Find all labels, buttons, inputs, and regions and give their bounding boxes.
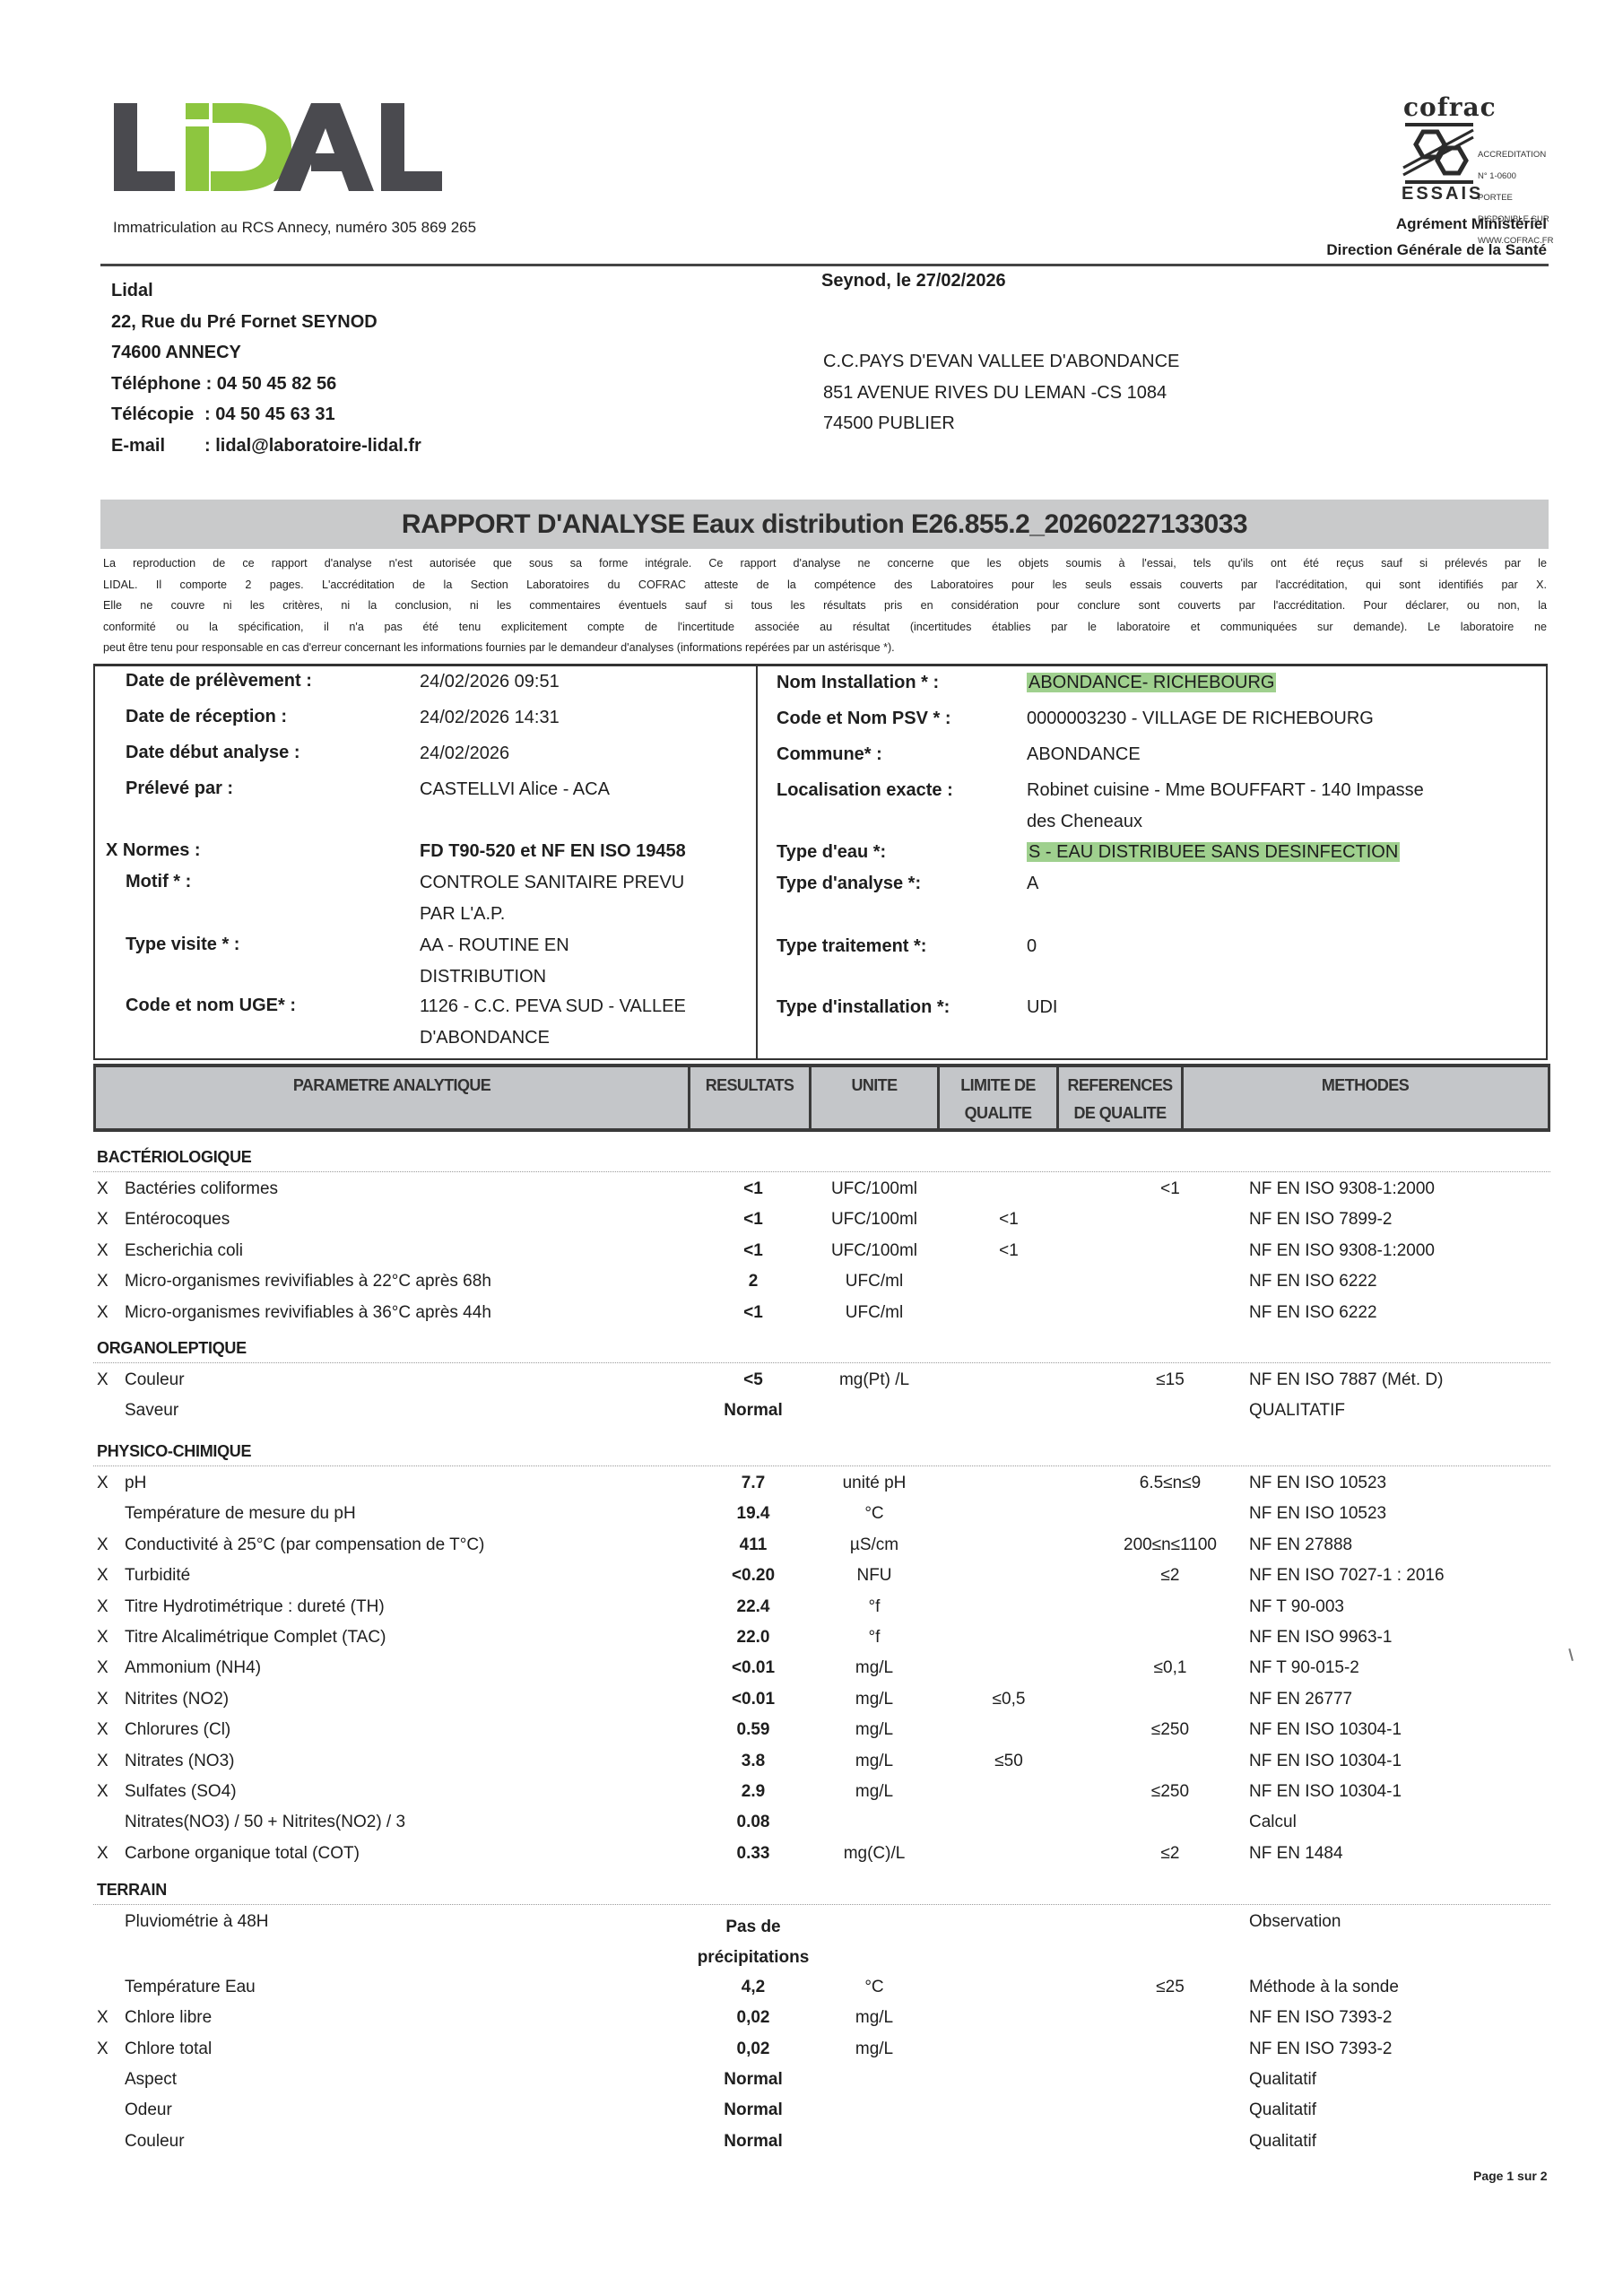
cofrac-accreditation-text: ACCREDITATION N° 1-0600 PORTEE DISPONIBL…: [1478, 139, 1553, 257]
sender-city: 74600 ANNECY: [111, 337, 421, 369]
param-name: Bactéries coliformes: [125, 1179, 278, 1199]
info-label: Date de prélèvement :: [126, 671, 312, 691]
param-name: Chlore libre: [125, 2008, 212, 2028]
param-name: Chlorures (Cl): [125, 1720, 230, 1740]
result-value: <0.01: [681, 1658, 825, 1678]
param-name: Sulfates (SO4): [125, 1782, 237, 1802]
table-row: XChlorures (Cl)0.59mg/L≤250NF EN ISO 103…: [0, 1720, 1623, 1751]
param-name: Micro-organismes revivifiables à 22°C ap…: [125, 1272, 491, 1291]
sender-address: Lidal 22, Rue du Pré Fornet SEYNOD 74600…: [111, 275, 421, 461]
result-value: Normal: [681, 1401, 825, 1421]
cofrac-hexagon-icon: [1402, 123, 1477, 184]
result-value: 22.4: [681, 1597, 825, 1617]
param-name: Entérocoques: [125, 1210, 230, 1230]
table-row: SaveurNormalQUALITATIF: [0, 1401, 1623, 1431]
method: NF EN ISO 9308-1:2000: [1249, 1179, 1435, 1199]
accreditation-mark: X: [97, 1210, 108, 1230]
param-name: Aspect: [125, 2070, 177, 2090]
info-value: ABONDANCE: [1027, 739, 1141, 770]
method: Méthode à la sonde: [1249, 1978, 1399, 1997]
info-label: Type traitement *:: [777, 936, 926, 957]
method: NF EN 26777: [1249, 1690, 1352, 1709]
result-value: <5: [681, 1370, 825, 1390]
param-name: Couleur: [125, 1370, 185, 1390]
info-label: Localisation exacte :: [777, 780, 953, 801]
accreditation-mark: X: [97, 1370, 108, 1390]
param-name: Nitrates (NO3): [125, 1752, 234, 1771]
info-value: 24/02/2026 14:31: [420, 702, 560, 734]
table-row: XChlore libre0,02mg/LNF EN ISO 7393-2: [0, 2008, 1623, 2039]
method: Qualitatif: [1249, 2132, 1316, 2152]
result-value: 2.9: [681, 1782, 825, 1802]
method: QUALITATIF: [1249, 1401, 1345, 1421]
sender-street: 22, Rue du Pré Fornet SEYNOD: [111, 307, 421, 338]
table-row: Température de mesure du pH19.4°CNF EN I…: [0, 1504, 1623, 1535]
accreditation-mark: X: [97, 1720, 108, 1740]
table-row: XNitrates (NO3)3.8mg/L≤50NF EN ISO 10304…: [0, 1752, 1623, 1782]
quality-reference: ≤15: [1103, 1370, 1237, 1390]
table-row: XSulfates (SO4)2.9mg/L≤250NF EN ISO 1030…: [0, 1782, 1623, 1813]
param-name: Nitrates(NO3) / 50 + Nitrites(NO2) / 3: [125, 1813, 405, 1832]
unit: mg/L: [807, 1752, 942, 1771]
table-row: CouleurNormalQualitatif: [0, 2132, 1623, 2162]
method: NF EN ISO 6222: [1249, 1272, 1377, 1291]
method: NF EN ISO 9308-1:2000: [1249, 1241, 1435, 1261]
result-value: 0,02: [681, 2008, 825, 2028]
cofrac-accreditation-logo: cofrac ACCREDITATION N° 1-0600 PORTEE DI…: [1394, 92, 1565, 209]
cofrac-essais-label: ESSAIS: [1402, 184, 1483, 204]
info-value: ABONDANCE- RICHEBOURG: [1027, 667, 1276, 699]
param-name: Carbone organique total (COT): [125, 1844, 360, 1864]
method: NF T 90-015-2: [1249, 1658, 1359, 1678]
method: NF EN ISO 10523: [1249, 1504, 1386, 1524]
result-value: 0,02: [681, 2039, 825, 2059]
table-row: XCarbone organique total (COT)0.33mg(C)/…: [0, 1844, 1623, 1874]
method: NF EN ISO 7887 (Mét. D): [1249, 1370, 1443, 1390]
info-label: Type d'analyse *:: [777, 874, 921, 894]
unit: mg(C)/L: [807, 1844, 942, 1864]
info-value: 0: [1027, 931, 1037, 962]
accreditation-mark: X: [97, 1241, 108, 1261]
info-value: Robinet cuisine - Mme BOUFFART - 140 Imp…: [1027, 775, 1424, 838]
col-header-limit: LIMITE DE QUALITE: [940, 1067, 1056, 1128]
unit: °f: [807, 1597, 942, 1617]
result-value: Normal: [681, 2100, 825, 2120]
info-label: Commune* :: [777, 744, 882, 765]
result-value: 0.08: [681, 1813, 825, 1832]
accreditation-mark: X: [97, 1272, 108, 1291]
sample-info-divider: [756, 664, 758, 1060]
table-row: XMicro-organismes revivifiables à 36°C a…: [0, 1303, 1623, 1334]
info-value: CONTROLE SANITAIRE PREVUPAR L'A.P.: [420, 867, 684, 930]
accreditation-mark: X: [97, 1566, 108, 1586]
info-label: Motif * :: [126, 872, 191, 892]
col-header-param: PARAMETRE ANALYTIQUE: [96, 1067, 688, 1128]
method: NF EN ISO 10304-1: [1249, 1782, 1402, 1802]
accreditation-mark: X: [97, 2008, 108, 2028]
info-value: FD T90-520 et NF EN ISO 19458: [420, 836, 686, 867]
param-name: Couleur: [125, 2132, 185, 2152]
info-label: Nom Installation * :: [777, 673, 939, 693]
section-title: TERRAIN: [97, 1881, 167, 1900]
method: NF EN 1484: [1249, 1844, 1343, 1864]
table-row: XTurbidité<0.20NFU≤2NF EN ISO 7027-1 : 2…: [0, 1566, 1623, 1596]
result-value: 22.0: [681, 1628, 825, 1648]
info-value: UDI: [1027, 992, 1057, 1023]
sender-email: E-mail: lidal@laboratoire-lidal.fr: [111, 430, 421, 462]
col-header-method: METHODES: [1184, 1067, 1547, 1128]
info-label: Date début analyse :: [126, 743, 300, 763]
report-title: RAPPORT D'ANALYSE Eaux distribution E26.…: [402, 509, 1247, 540]
table-row: OdeurNormalQualitatif: [0, 2100, 1623, 2131]
info-value: 1126 - C.C. PEVA SUD - VALLEED'ABONDANCE: [420, 991, 686, 1054]
table-row: XEntérocoques<1UFC/100ml<1NF EN ISO 7899…: [0, 1210, 1623, 1240]
sender-fax: Télécopie: 04 50 45 63 31: [111, 399, 421, 430]
result-value: 3.8: [681, 1752, 825, 1771]
table-row: Nitrates(NO3) / 50 + Nitrites(NO2) / 30.…: [0, 1813, 1623, 1843]
unit: mg/L: [807, 1658, 942, 1678]
table-row: XTitre Hydrotimétrique : dureté (TH)22.4…: [0, 1597, 1623, 1628]
info-label: Prélevé par :: [126, 778, 233, 799]
accreditation-mark: X: [97, 2039, 108, 2059]
quality-reference: ≤250: [1103, 1720, 1237, 1740]
method: Qualitatif: [1249, 2070, 1316, 2090]
unit: UFC/100ml: [807, 1241, 942, 1261]
info-value: 24/02/2026: [420, 738, 509, 770]
quality-reference: ≤250: [1103, 1782, 1237, 1802]
result-value: 0.33: [681, 1844, 825, 1864]
lidal-logo: [112, 103, 444, 193]
quality-limit: ≤50: [959, 1752, 1058, 1771]
accreditation-mark: X: [97, 1535, 108, 1555]
table-row: XTitre Alcalimétrique Complet (TAC)22.0°…: [0, 1628, 1623, 1658]
accreditation-mark: X: [97, 1752, 108, 1771]
col-header-reference: REFERENCES DE QUALITE: [1059, 1067, 1181, 1128]
info-label: Type visite * :: [126, 935, 239, 955]
unit: NFU: [807, 1566, 942, 1586]
cofrac-wordmark: cofrac: [1403, 92, 1497, 122]
disclaimer-text: La reproduction de ce rapport d'analyse …: [103, 553, 1547, 659]
method: NF EN 27888: [1249, 1535, 1352, 1555]
unit: UFC/ml: [807, 1303, 942, 1323]
unit: mg/L: [807, 1782, 942, 1802]
result-value: Pas deprécipitations: [681, 1912, 825, 1973]
param-name: Odeur: [125, 2100, 172, 2120]
result-value: <1: [681, 1303, 825, 1323]
result-value: Normal: [681, 2132, 825, 2152]
unit: mg/L: [807, 2008, 942, 2028]
section-divider: [93, 1171, 1550, 1172]
table-row: Pluviométrie à 48HPas deprécipitationsOb…: [0, 1912, 1623, 1943]
param-name: Saveur: [125, 1401, 178, 1421]
table-row: XpH7.7unité pH6.5≤n≤9NF EN ISO 10523: [0, 1474, 1623, 1504]
col-header-unit: UNITE: [811, 1067, 937, 1128]
header-divider: [100, 264, 1549, 266]
param-name: Conductivité à 25°C (par compensation de…: [125, 1535, 484, 1555]
unit: UFC/ml: [807, 1272, 942, 1291]
info-value: CASTELLVI Alice - ACA: [420, 774, 610, 805]
accreditation-mark: X: [97, 1658, 108, 1678]
info-value: 0000003230 - VILLAGE DE RICHEBOURG: [1027, 703, 1374, 735]
result-value: 411: [681, 1535, 825, 1555]
result-value: 0.59: [681, 1720, 825, 1740]
info-label: Code et Nom PSV * :: [777, 709, 950, 729]
method: Calcul: [1249, 1813, 1297, 1832]
method: NF EN ISO 10523: [1249, 1474, 1386, 1493]
table-row: XMicro-organismes revivifiables à 22°C a…: [0, 1272, 1623, 1302]
method: NF EN ISO 10304-1: [1249, 1752, 1402, 1771]
unit: UFC/100ml: [807, 1179, 942, 1199]
quality-reference: ≤2: [1103, 1844, 1237, 1864]
unit: °C: [807, 1978, 942, 1997]
method: NF EN ISO 7027-1 : 2016: [1249, 1566, 1445, 1586]
accreditation-mark: X: [97, 1303, 108, 1323]
param-name: Micro-organismes revivifiables à 36°C ap…: [125, 1303, 491, 1323]
quality-limit: <1: [959, 1210, 1058, 1230]
unit: mg/L: [807, 1690, 942, 1709]
result-value: <1: [681, 1210, 825, 1230]
table-row: XCouleur<5mg(Pt) /L≤15NF EN ISO 7887 (Mé…: [0, 1370, 1623, 1401]
param-name: Turbidité: [125, 1566, 190, 1586]
result-value: 19.4: [681, 1504, 825, 1524]
email-link[interactable]: : lidal@laboratoire-lidal.fr: [204, 436, 421, 456]
quality-reference: ≤0,1: [1103, 1658, 1237, 1678]
direction-generale-sante: Direction Générale de la Santé: [1326, 241, 1547, 259]
method: NF EN ISO 7393-2: [1249, 2008, 1392, 2028]
accreditation-mark: X: [97, 1782, 108, 1802]
result-value: Normal: [681, 2070, 825, 2090]
col-header-result: RESULTATS: [690, 1067, 809, 1128]
info-label: Type d'installation *:: [777, 997, 950, 1018]
report-date: Seynod, le 27/02/2026: [821, 271, 1006, 291]
unit: mg/L: [807, 1720, 942, 1740]
unit: mg(Pt) /L: [807, 1370, 942, 1390]
quality-reference: <1: [1103, 1179, 1237, 1199]
info-label: Type d'eau *:: [777, 842, 886, 863]
param-name: Nitrites (NO2): [125, 1690, 229, 1709]
unit: unité pH: [807, 1474, 942, 1493]
info-label: Date de réception :: [126, 707, 287, 727]
sender-phone: Téléphone : 04 50 45 82 56: [111, 369, 421, 400]
accreditation-mark: X: [97, 1844, 108, 1864]
param-name: pH: [125, 1474, 146, 1493]
table-row: Température Eau4,2°C≤25Méthode à la sond…: [0, 1978, 1623, 2008]
result-value: <1: [681, 1179, 825, 1199]
table-row: XChlore total0,02mg/LNF EN ISO 7393-2: [0, 2039, 1623, 2070]
table-row: XEscherichia coli<1UFC/100ml<1NF EN ISO …: [0, 1241, 1623, 1272]
accreditation-mark: X: [97, 1628, 108, 1648]
table-row: XConductivité à 25°C (par compensation d…: [0, 1535, 1623, 1566]
quality-reference: ≤2: [1103, 1566, 1237, 1586]
result-value: <1: [681, 1241, 825, 1261]
quality-limit: ≤0,5: [959, 1690, 1058, 1709]
table-row: XBactéries coliformes<1UFC/100ml<1NF EN …: [0, 1179, 1623, 1210]
unit: µS/cm: [807, 1535, 942, 1555]
accreditation-mark: X: [97, 1179, 108, 1199]
unit: UFC/100ml: [807, 1210, 942, 1230]
result-value: 4,2: [681, 1978, 825, 1997]
section-divider: [93, 1362, 1550, 1363]
quality-reference: 200≤n≤1100: [1103, 1535, 1237, 1555]
param-name: Ammonium (NH4): [125, 1658, 261, 1678]
quality-limit: <1: [959, 1241, 1058, 1261]
unit: mg/L: [807, 2039, 942, 2059]
param-name: Escherichia coli: [125, 1241, 243, 1261]
results-table-header: PARAMETRE ANALYTIQUE RESULTATS UNITE LIM…: [93, 1064, 1550, 1132]
section-title: BACTÉRIOLOGIQUE: [97, 1148, 252, 1167]
param-name: Température de mesure du pH: [125, 1504, 356, 1524]
method: Qualitatif: [1249, 2100, 1316, 2120]
param-name: Température Eau: [125, 1978, 256, 1997]
param-name: Titre Alcalimétrique Complet (TAC): [125, 1628, 386, 1648]
accreditation-mark: X: [97, 1474, 108, 1493]
quality-reference: ≤25: [1103, 1978, 1237, 1997]
method: NF EN ISO 7393-2: [1249, 2039, 1392, 2059]
sender-name: Lidal: [111, 275, 421, 307]
table-row: AspectNormalQualitatif: [0, 2070, 1623, 2100]
section-divider: [93, 1904, 1550, 1905]
info-value: 24/02/2026 09:51: [420, 666, 560, 698]
report-title-bar: RAPPORT D'ANALYSE Eaux distribution E26.…: [100, 500, 1549, 549]
method: NF EN ISO 6222: [1249, 1303, 1377, 1323]
table-row: XAmmonium (NH4)<0.01mg/L≤0,1NF T 90-015-…: [0, 1658, 1623, 1689]
table-row: XNitrites (NO2)<0.01mg/L≤0,5NF EN 26777: [0, 1690, 1623, 1720]
accreditation-mark: X: [97, 1597, 108, 1617]
accreditation-mark: X: [97, 1690, 108, 1709]
agrement-ministeriel: Agrément Ministériel: [1396, 215, 1547, 233]
unit: °C: [807, 1504, 942, 1524]
section-title: ORGANOLEPTIQUE: [97, 1339, 247, 1358]
rcs-registration: Immatriculation au RCS Annecy, numéro 30…: [113, 219, 476, 237]
method: NF EN ISO 9963-1: [1249, 1628, 1392, 1648]
info-label: X Normes :: [106, 840, 201, 861]
quality-reference: 6.5≤n≤9: [1103, 1474, 1237, 1493]
info-label: Code et nom UGE* :: [126, 996, 296, 1016]
section-title: PHYSICO-CHIMIQUE: [97, 1442, 251, 1461]
page-number: Page 1 sur 2: [1473, 2169, 1548, 2183]
param-name: Titre Hydrotimétrique : dureté (TH): [125, 1597, 385, 1617]
info-value: S - EAU DISTRIBUEE SANS DESINFECTION: [1027, 837, 1400, 868]
param-name: Chlore total: [125, 2039, 212, 2059]
result-value: <0.01: [681, 1690, 825, 1709]
method: NF EN ISO 10304-1: [1249, 1720, 1402, 1740]
result-value: 2: [681, 1272, 825, 1291]
param-name: Pluviométrie à 48H: [125, 1912, 269, 1932]
section-divider: [93, 1465, 1550, 1466]
unit: °f: [807, 1628, 942, 1648]
method: NF T 90-003: [1249, 1597, 1344, 1617]
method: Observation: [1249, 1912, 1341, 1932]
result-value: <0.20: [681, 1566, 825, 1586]
info-value: A: [1027, 868, 1038, 900]
info-value: AA - ROUTINE ENDISTRIBUTION: [420, 930, 569, 993]
method: NF EN ISO 7899-2: [1249, 1210, 1392, 1230]
result-value: 7.7: [681, 1474, 825, 1493]
recipient-address: C.C.PAYS D'EVAN VALLEE D'ABONDANCE 851 A…: [823, 346, 1179, 439]
